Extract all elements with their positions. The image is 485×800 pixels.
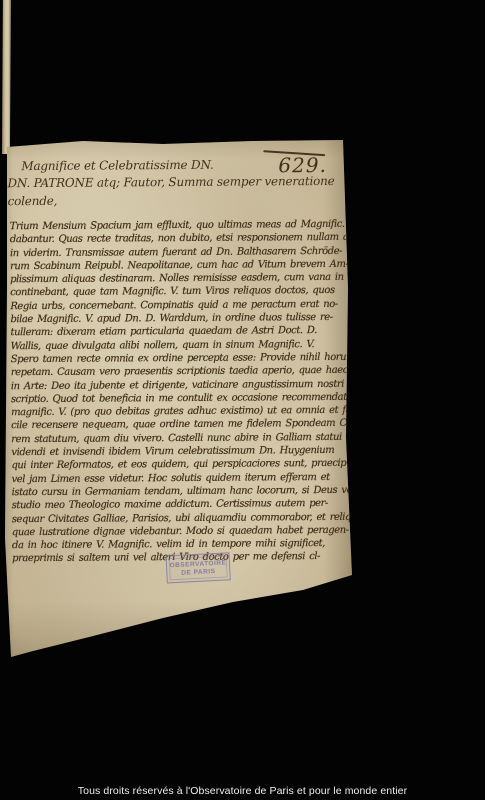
observatory-stamp: OBSERVATOIRE DE PARIS: [165, 552, 230, 583]
stamp-inner-border: OBSERVATOIRE DE PARIS: [169, 555, 228, 580]
manuscript-page: 629. Magnifice et Celebratissime DN. DN.…: [3, 138, 355, 664]
salutation-line: DN. PATRONE atq; Fautor, Summa semper ve…: [7, 174, 334, 190]
underlying-page-edge: [2, 0, 11, 154]
stamp-text-line: OBSERVATOIRE: [169, 559, 226, 569]
salutation-line: Magnifice et Celebratissime DN.: [21, 158, 213, 173]
scan-background: 629. Magnifice et Celebratissime DN. DN.…: [0, 0, 485, 800]
manuscript-text-layer: 629. Magnifice et Celebratissime DN. DN.…: [1, 137, 357, 665]
stamp-text-line: DE PARIS: [181, 568, 216, 577]
copyright-caption: Tous droits réservés à l'Observatoire de…: [0, 785, 485, 797]
manuscript-body: Trium Mensium Spacium jam effluxit, quo …: [10, 218, 352, 566]
salutation-line: colende,: [8, 194, 58, 208]
